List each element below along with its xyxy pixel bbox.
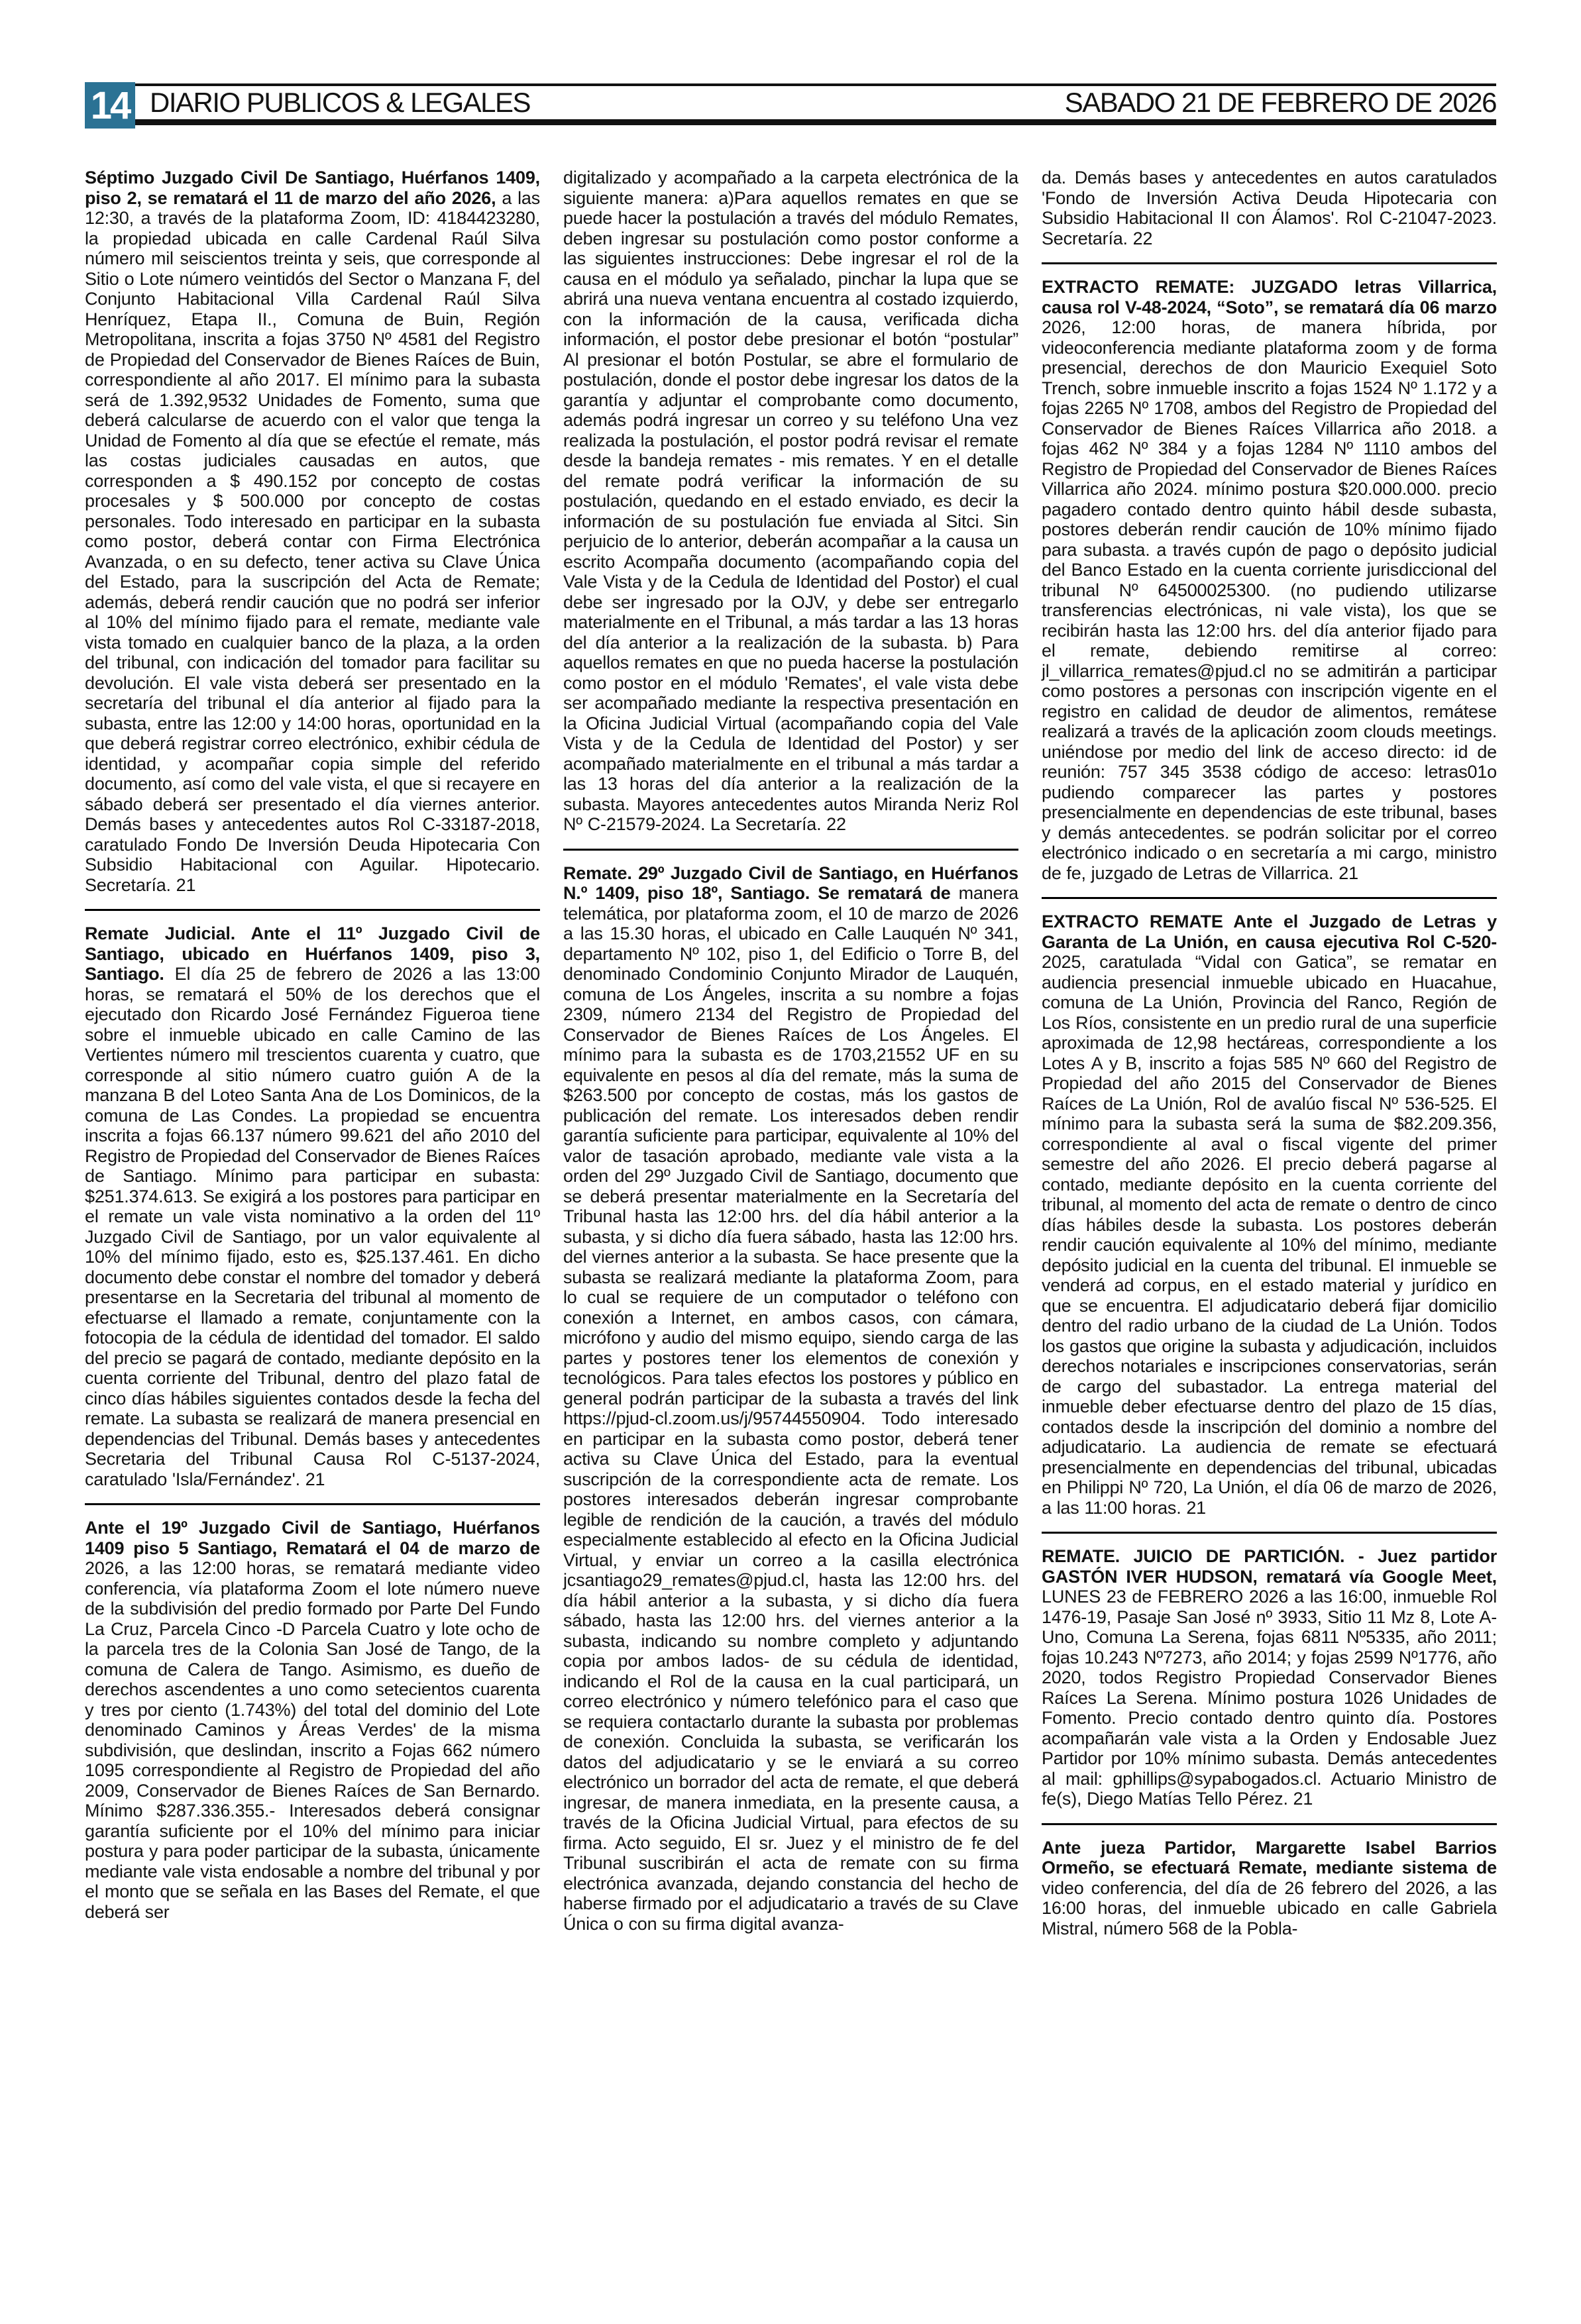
legal-notice: Ante el 19º Juzgado Civil de Santiago, H… bbox=[85, 1518, 540, 1922]
legal-notice: EXTRACTO REMATE Ante el Juzgado de Letra… bbox=[1042, 912, 1497, 1518]
legal-notice: Remate Judicial. Ante el 11º Juzgado Civ… bbox=[85, 924, 540, 1489]
notice-lead: EXTRACTO REMATE Ante el Juzgado de Letra… bbox=[1042, 912, 1497, 952]
legal-notices-area: Séptimo Juzgado Civil De Santiago, Huérf… bbox=[85, 168, 1496, 1938]
notice-body: LUNES 23 de FEBRERO 2026 a las 16:00, in… bbox=[1042, 1587, 1497, 1809]
notice-divider bbox=[85, 1503, 540, 1505]
notice-body: El día 25 de febrero de 2026 a las 13:00… bbox=[85, 964, 540, 1489]
notice-divider bbox=[1042, 1532, 1497, 1534]
notice-lead: EXTRACTO REMATE: JUZGADO letras Villarri… bbox=[1042, 277, 1497, 317]
notice-divider bbox=[1042, 1823, 1497, 1825]
legal-notice: REMATE. JUICIO DE PARTICIÓN. - Juez part… bbox=[1042, 1546, 1497, 1809]
notice-column-2: digitalizado y acompañado a la carpeta e… bbox=[563, 168, 1018, 1938]
legal-notice: digitalizado y acompañado a la carpeta e… bbox=[563, 168, 1018, 835]
legal-notice: Remate. 29º Juzgado Civil de Santiago, e… bbox=[563, 863, 1018, 1934]
legal-notice: da. Demás bases y antecedentes en autos … bbox=[1042, 168, 1497, 248]
masthead-title: DIARIO PUBLICOS & LEGALES bbox=[150, 87, 530, 119]
notice-body: video conferencia, del día de 26 febrero… bbox=[1042, 1878, 1497, 1938]
legal-notice: Séptimo Juzgado Civil De Santiago, Huérf… bbox=[85, 168, 540, 895]
masthead-date: SABADO 21 DE FEBRERO DE 2026 bbox=[1065, 87, 1496, 119]
notice-column-1: Séptimo Juzgado Civil De Santiago, Huérf… bbox=[85, 168, 540, 1938]
notice-column-3: da. Demás bases y antecedentes en autos … bbox=[1042, 168, 1497, 1938]
newspaper-page: 14 DIARIO PUBLICOS & LEGALES SABADO 21 D… bbox=[0, 0, 1581, 2324]
notice-body: 2026, 12:00 horas, de manera híbrida, po… bbox=[1042, 317, 1497, 883]
page-header: 14 DIARIO PUBLICOS & LEGALES SABADO 21 D… bbox=[85, 83, 1496, 125]
notice-body: a las 12:30, a través de la plataforma Z… bbox=[85, 188, 540, 895]
notice-divider bbox=[1042, 262, 1497, 264]
legal-notice: EXTRACTO REMATE: JUZGADO letras Villarri… bbox=[1042, 277, 1497, 883]
notice-divider bbox=[85, 909, 540, 911]
page-number: 14 bbox=[91, 83, 130, 128]
notice-lead: REMATE. JUICIO DE PARTICIÓN. - Juez part… bbox=[1042, 1546, 1497, 1587]
notice-divider bbox=[1042, 897, 1497, 899]
legal-notice: Ante jueza Partidor, Margarette Isabel B… bbox=[1042, 1838, 1497, 1939]
page-number-badge: 14 bbox=[85, 82, 135, 129]
notice-lead: Ante jueza Partidor, Margarette Isabel B… bbox=[1042, 1838, 1497, 1878]
notice-body: digitalizado y acompañado a la carpeta e… bbox=[563, 168, 1018, 834]
notice-body: da. Demás bases y antecedentes en autos … bbox=[1042, 168, 1497, 248]
notice-lead: Ante el 19º Juzgado Civil de Santiago, H… bbox=[85, 1518, 540, 1558]
notice-body: 2025, caratulada “Vidal con Gatica”, se … bbox=[1042, 952, 1497, 1518]
notice-divider bbox=[563, 849, 1018, 851]
notice-body: 2026, a las 12:00 horas, se rematará med… bbox=[85, 1558, 540, 1922]
notice-lead: Séptimo Juzgado Civil De Santiago, Huérf… bbox=[85, 168, 540, 208]
notice-body: manera telemática, por plataforma zoom, … bbox=[563, 883, 1018, 1934]
